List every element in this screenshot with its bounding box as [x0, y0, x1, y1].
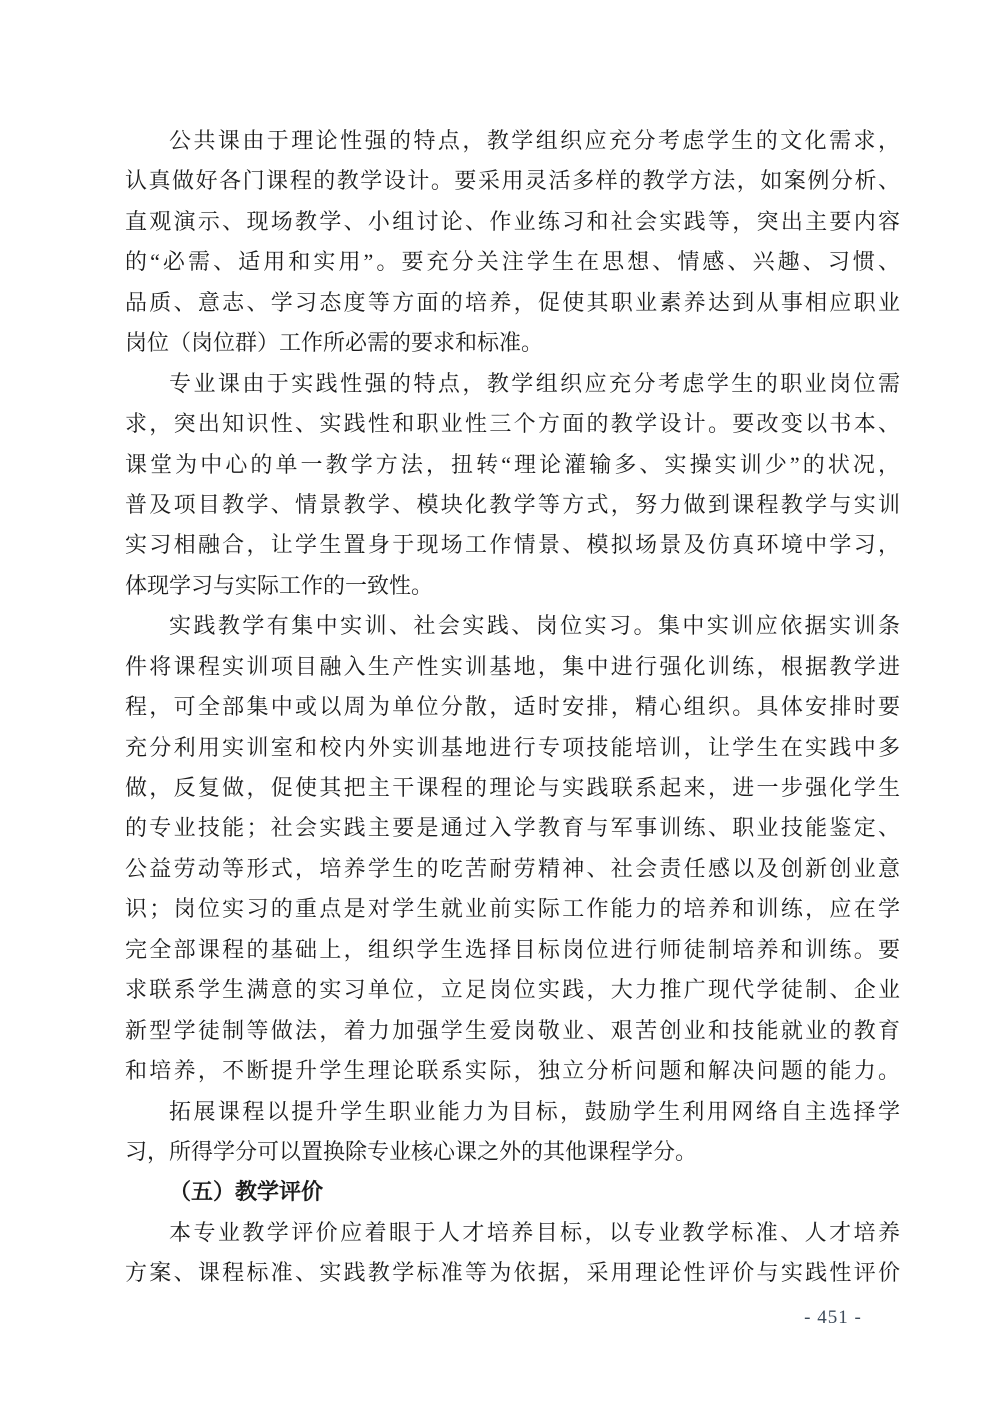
text-line: 课堂为中心的单一教学方法，扭转“理论灌输多、实操实训少”的状况，: [125, 445, 900, 485]
text-line: 公益劳动等形式，培养学生的吃苦耐劳精神、社会责任感以及创新创业意: [125, 849, 900, 889]
page: 公共课由于理论性强的特点，教学组织应充分考虑学生的文化需求，认真做好各门课程的教…: [0, 0, 1000, 1414]
text-line: 品质、意志、学习态度等方面的培养，促使其职业素养达到从事相应职业: [125, 283, 900, 323]
text-line: 的“必需、适用和实用”。要充分关注学生在思想、情感、兴趣、习惯、: [125, 242, 900, 282]
text-line: 求联系学生满意的实习单位，立足岗位实践，大力推广现代学徒制、企业: [125, 970, 900, 1010]
text-line: 直观演示、现场教学、小组讨论、作业练习和社会实践等，突出主要内容: [125, 202, 900, 242]
text-line: 做，反复做，促使其把主干课程的理论与实践联系起来，进一步强化学生: [125, 768, 900, 808]
text-line: 新型学徒制等做法，着力加强学生爱岗敬业、艰苦创业和技能就业的教育: [125, 1011, 900, 1051]
text-line: 专业课由于实践性强的特点，教学组织应充分考虑学生的职业岗位需: [125, 364, 900, 404]
text-line: 识；岗位实习的重点是对学生就业前实际工作能力的培养和训练，应在学: [125, 889, 900, 929]
text-line: 求，突出知识性、实践性和职业性三个方面的教学设计。要改变以书本、: [125, 404, 900, 444]
text-line: 体现学习与实际工作的一致性。: [125, 566, 900, 606]
page-number: - 451 -: [778, 1304, 888, 1332]
text-line: 和培养，不断提升学生理论联系实际，独立分析问题和解决问题的能力。: [125, 1051, 900, 1091]
text-line: 实习相融合，让学生置身于现场工作情景、模拟场景及仿真环境中学习，: [125, 525, 900, 565]
document-body: 公共课由于理论性强的特点，教学组织应充分考虑学生的文化需求，认真做好各门课程的教…: [125, 121, 900, 1294]
text-line: 普及项目教学、情景教学、模块化教学等方式，努力做到课程教学与实训: [125, 485, 900, 525]
text-line: 实践教学有集中实训、社会实践、岗位实习。集中实训应依据实训条: [125, 606, 900, 646]
text-line: 习，所得学分可以置换除专业核心课之外的其他课程学分。: [125, 1132, 900, 1172]
text-line: 的专业技能；社会实践主要是通过入学教育与军事训练、职业技能鉴定、: [125, 808, 900, 848]
text-line: 件将课程实训项目融入生产性实训基地，集中进行强化训练，根据教学进: [125, 647, 900, 687]
text-line: 岗位（岗位群）工作所必需的要求和标准。: [125, 323, 900, 363]
text-line: 本专业教学评价应着眼于人才培养目标，以专业教学标准、人才培养: [125, 1213, 900, 1253]
text-line: 程，可全部集中或以周为单位分散，适时安排，精心组织。具体安排时要: [125, 687, 900, 727]
document-page-451: { "document": { "language": "zh-CN", "bl…: [0, 0, 1000, 1414]
text-line: 方案、课程标准、实践教学标准等为依据，采用理论性评价与实践性评价: [125, 1253, 900, 1293]
text-line: 公共课由于理论性强的特点，教学组织应充分考虑学生的文化需求，: [125, 121, 900, 161]
text-line: 充分利用实训室和校内外实训基地进行专项技能培训，让学生在实践中多: [125, 728, 900, 768]
text-line: 认真做好各门课程的教学设计。要采用灵活多样的教学方法，如案例分析、: [125, 161, 900, 201]
section-heading: （五）教学评价: [125, 1172, 900, 1212]
text-line: 拓展课程以提升学生职业能力为目标，鼓励学生利用网络自主选择学: [125, 1092, 900, 1132]
text-line: 完全部课程的基础上，组织学生选择目标岗位进行师徒制培养和训练。要: [125, 930, 900, 970]
